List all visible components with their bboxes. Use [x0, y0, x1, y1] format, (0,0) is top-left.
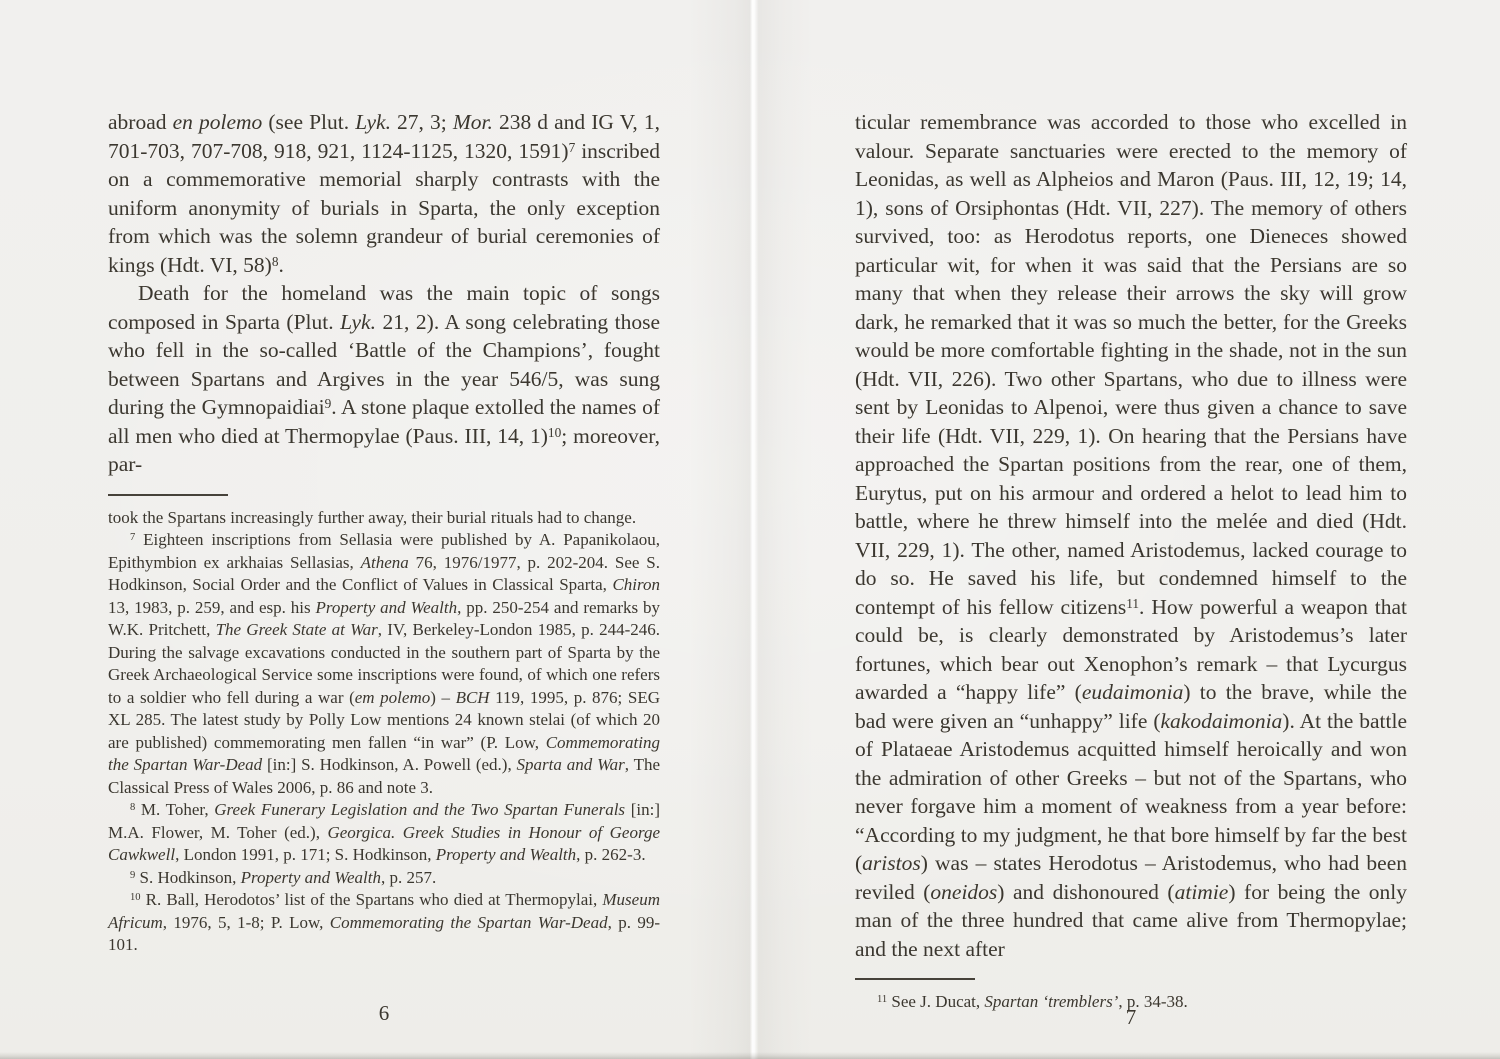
left-page: abroad en polemo (see Plut. Lyk. 27, 3; … [108, 108, 660, 1058]
left-footnotes: took the Spartans increasingly further a… [108, 507, 660, 957]
footnote-9: 9 S. Hodkinson, Property and Wealth, p. … [108, 867, 660, 890]
footnote-10: 10 R. Ball, Herodotos’ list of the Spart… [108, 889, 660, 957]
book-gutter-fold [688, 0, 814, 1059]
page-number-right: 7 [855, 1005, 1407, 1030]
right-main-text: ticular remembrance was accorded to thos… [855, 108, 1407, 963]
footnote-7: 7 Eighteen inscriptions from Sellasia we… [108, 529, 660, 799]
footnote-separator [108, 494, 228, 496]
book-spread: abroad en polemo (see Plut. Lyk. 27, 3; … [0, 0, 1500, 1059]
footnote-separator [855, 978, 975, 980]
left-main-text: abroad en polemo (see Plut. Lyk. 27, 3; … [108, 108, 660, 479]
page-number-left: 6 [108, 1001, 660, 1026]
footnote-continuation: took the Spartans increasingly further a… [108, 507, 660, 530]
paragraph: Death for the homeland was the main topi… [108, 279, 660, 479]
book-bottom-edge [0, 1052, 1500, 1059]
right-page: ticular remembrance was accorded to thos… [855, 108, 1407, 1058]
footnote-8: 8 M. Toher, Greek Funerary Legislation a… [108, 799, 660, 867]
paragraph: abroad en polemo (see Plut. Lyk. 27, 3; … [108, 108, 660, 279]
paragraph: ticular remembrance was accorded to thos… [855, 108, 1407, 963]
